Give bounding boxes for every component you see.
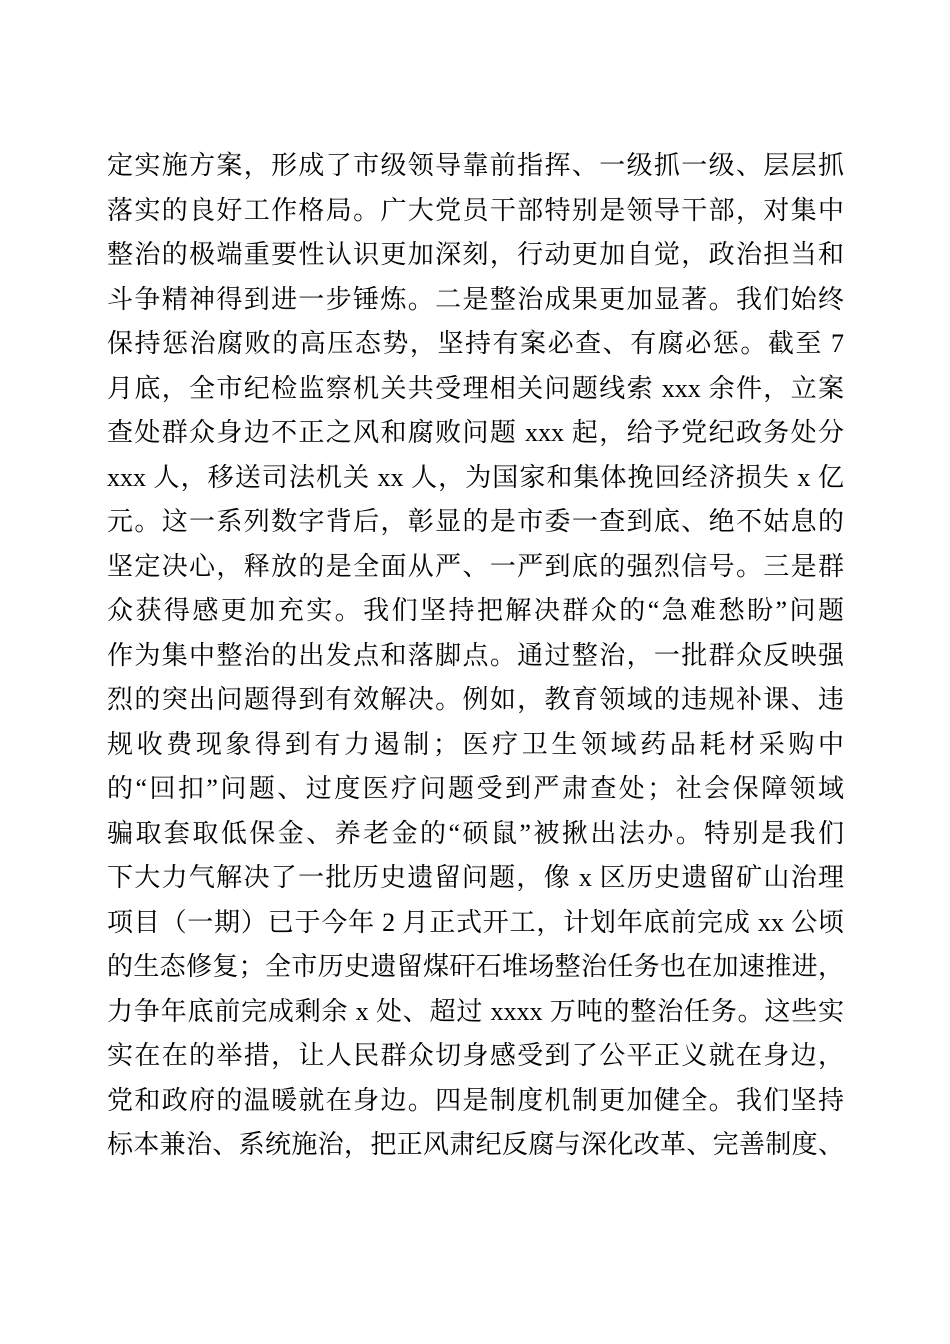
text-line: 下大力气解决了一批历史遗留问题，像 x 区历史遗留矿山治理 bbox=[107, 856, 844, 901]
text-line: 定实施方案，形成了市级领导靠前指挥、一级抓一级、层层抓 bbox=[107, 144, 844, 189]
text-line: 党和政府的温暖就在身边。四是制度机制更加健全。我们坚持 bbox=[107, 1079, 844, 1124]
text-line: 整治的极端重要性认识更加深刻，行动更加自觉，政治担当和 bbox=[107, 233, 844, 278]
text-line: 查处群众身边不正之风和腐败问题 xxx 起，给予党纪政务处分 bbox=[107, 411, 844, 456]
text-line: 众获得感更加充实。我们坚持把解决群众的“急难愁盼”问题 bbox=[107, 589, 844, 634]
text-line: 的生态修复；全市历史遗留煤矸石堆场整治任务也在加速推进， bbox=[107, 945, 844, 990]
text-line: xxx 人，移送司法机关 xx 人，为国家和集体挽回经济损失 x 亿 bbox=[107, 456, 844, 501]
text-line: 元。这一系列数字背后，彰显的是市委一查到底、绝不姑息的 bbox=[107, 500, 844, 545]
text-line: 规收费现象得到有力遏制；医疗卫生领域药品耗材采购中 bbox=[107, 723, 844, 768]
text-line: 标本兼治、系统施治，把正风肃纪反腐与深化改革、完善制度、 bbox=[107, 1123, 844, 1168]
text-line: 力争年底前完成剩余 x 处、超过 xxxx 万吨的整治任务。这些实 bbox=[107, 990, 844, 1035]
document-page: 定实施方案，形成了市级领导靠前指挥、一级抓一级、层层抓落实的良好工作格局。广大党… bbox=[0, 0, 950, 1344]
text-line: 实在在的举措，让人民群众切身感受到了公平正义就在身边， bbox=[107, 1034, 844, 1079]
text-line: 月底，全市纪检监察机关共受理相关问题线索 xxx 余件，立案 bbox=[107, 367, 844, 412]
text-line: 保持惩治腐败的高压态势，坚持有案必查、有腐必惩。截至 7 bbox=[107, 322, 844, 367]
text-line: 骗取套取低保金、养老金的“硕鼠”被揪出法办。特别是我们 bbox=[107, 812, 844, 857]
text-line: 斗争精神得到进一步锤炼。二是整治成果更加显著。我们始终 bbox=[107, 278, 844, 323]
text-line: 烈的突出问题得到有效解决。例如，教育领域的违规补课、违 bbox=[107, 678, 844, 723]
paragraph-body: 定实施方案，形成了市级领导靠前指挥、一级抓一级、层层抓落实的良好工作格局。广大党… bbox=[107, 144, 844, 1168]
text-line: 的“回扣”问题、过度医疗问题受到严肃查处；社会保障领域 bbox=[107, 767, 844, 812]
text-line: 坚定决心，释放的是全面从严、一严到底的强烈信号。三是群 bbox=[107, 545, 844, 590]
text-line: 项目（一期）已于今年 2 月正式开工，计划年底前完成 xx 公顷 bbox=[107, 901, 844, 946]
text-line: 落实的良好工作格局。广大党员干部特别是领导干部，对集中 bbox=[107, 189, 844, 234]
text-line: 作为集中整治的出发点和落脚点。通过整治，一批群众反映强 bbox=[107, 634, 844, 679]
